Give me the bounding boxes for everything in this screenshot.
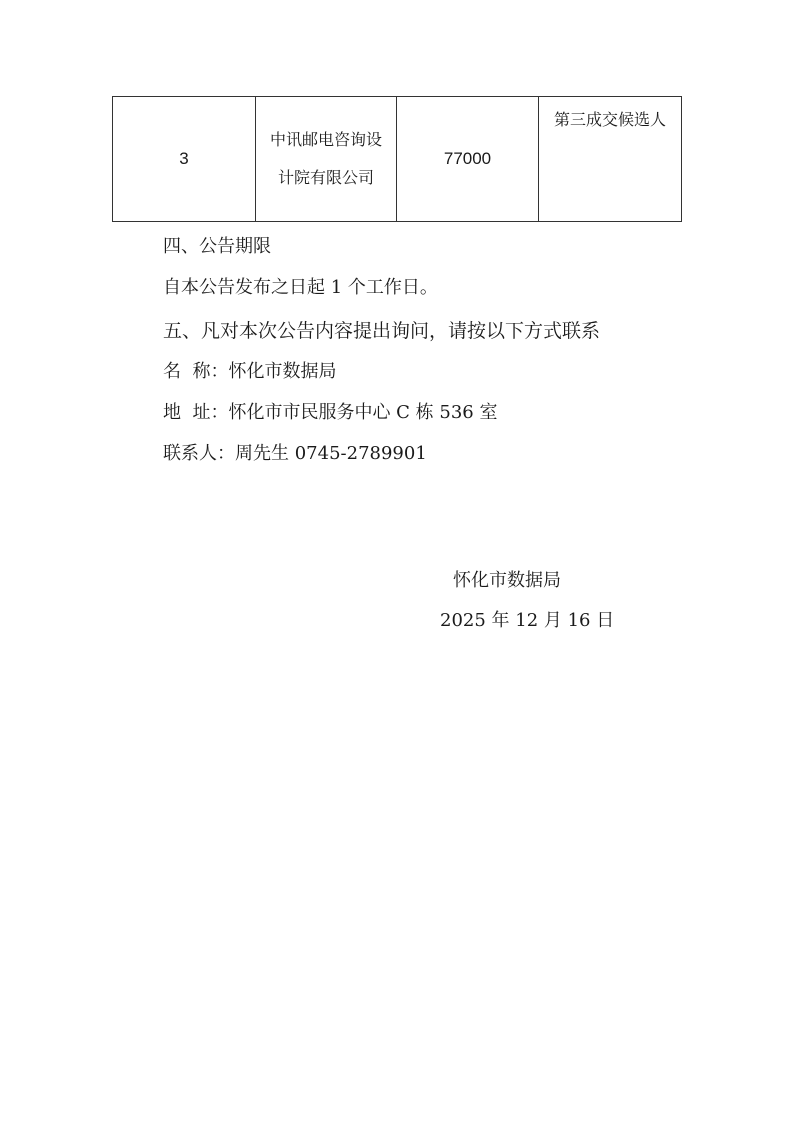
signature-org: 怀化市数据局	[453, 566, 561, 592]
cell-company: 中讯邮电咨询设计院有限公司	[256, 97, 397, 222]
cell-index: 3	[113, 97, 256, 222]
section4-heading: 四、公告期限	[163, 232, 271, 258]
signature-date: 2025 年 12 月 16 日	[440, 606, 614, 632]
section5-heading: 五、凡对本次公告内容提出询问，请按以下方式联系	[163, 316, 600, 343]
company-name: 中讯邮电咨询设计院有限公司	[270, 130, 382, 187]
contact-address: 地 址：怀化市市民服务中心 C 栋 536 室	[163, 398, 497, 424]
cell-rank: 第三成交候选人	[539, 97, 682, 222]
table-row: 3 中讯邮电咨询设计院有限公司 77000 第三成交候选人	[113, 97, 682, 222]
rank-label: 第三成交候选人	[554, 110, 666, 129]
contact-person: 联系人：周先生 0745-2789901	[163, 439, 427, 465]
section4-text: 自本公告发布之日起 1 个工作日。	[163, 273, 438, 299]
cell-amount: 77000	[397, 97, 539, 222]
contact-name: 名 称：怀化市数据局	[163, 357, 336, 383]
candidate-table: 3 中讯邮电咨询设计院有限公司 77000 第三成交候选人	[112, 96, 682, 222]
